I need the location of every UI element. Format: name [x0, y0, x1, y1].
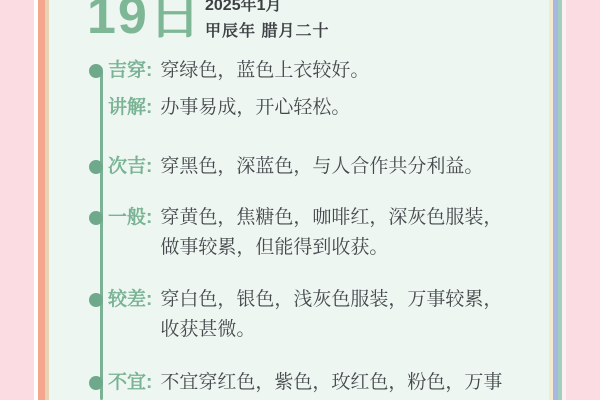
item-label: 吉穿:	[108, 56, 152, 86]
timeline-line	[100, 70, 103, 400]
item-text-line: 做事较累，但能得到收获。	[160, 233, 502, 263]
timeline-item: 较差: 穿白色，银色，浅灰色服装，万事较累，收获甚微。	[108, 285, 541, 345]
timeline-item: 讲解: 办事易成，开心轻松。	[108, 93, 541, 123]
day-number: 19日	[87, 0, 203, 42]
timeline-item: 不宜: 不宜穿红色，紫色，玫红色，粉色，万事	[108, 368, 541, 398]
item-text: 穿绿色，蓝色上衣较好。	[160, 56, 369, 86]
right-pink-border	[566, 0, 600, 400]
almanac-card: 19日 2025年1月 甲辰年 腊月二十 吉穿: 穿绿色，蓝色上衣较好。 讲解:…	[0, 0, 600, 400]
left-salmon-stripe	[38, 0, 45, 400]
left-pink-border	[0, 0, 34, 400]
item-label: 次吉:	[108, 152, 152, 182]
item-label: 讲解:	[108, 93, 152, 123]
item-label: 较差:	[108, 285, 152, 315]
card-content: 19日 2025年1月 甲辰年 腊月二十 吉穿: 穿绿色，蓝色上衣较好。 讲解:…	[49, 0, 549, 400]
item-text-line: 收获甚微。	[160, 315, 502, 345]
item-text: 办事易成，开心轻松。	[160, 93, 350, 123]
lunar-date: 甲辰年 腊月二十	[205, 22, 329, 41]
bullet-dot-icon	[89, 64, 103, 78]
item-label: 一般:	[108, 203, 152, 233]
item-text-line: 穿绿色，蓝色上衣较好。	[160, 56, 369, 86]
item-text-line: 不宜穿红色，紫色，玫红色，粉色，万事	[160, 368, 502, 398]
item-text-line: 穿黄色，焦糖色，咖啡红，深灰色服装，	[160, 203, 502, 233]
item-text: 穿黄色，焦糖色，咖啡红，深灰色服装，做事较累，但能得到收获。	[160, 203, 502, 263]
timeline-item: 吉穿: 穿绿色，蓝色上衣较好。	[108, 56, 541, 86]
gregorian-date: 2025年1月	[205, 0, 329, 15]
date-block: 2025年1月 甲辰年 腊月二十	[205, 0, 329, 41]
item-text-line: 穿白色，银色，浅灰色服装，万事较累，	[160, 285, 502, 315]
bullet-dot-icon	[89, 211, 103, 225]
timeline-item: 次吉: 穿黑色，深蓝色，与人合作共分利益。	[108, 152, 541, 182]
timeline-item: 一般: 穿黄色，焦糖色，咖啡红，深灰色服装，做事较累，但能得到收获。	[108, 203, 541, 263]
item-text-line: 穿黑色，深蓝色，与人合作共分利益。	[160, 152, 483, 182]
bullet-dot-icon	[89, 376, 103, 390]
item-text-line: 办事易成，开心轻松。	[160, 93, 350, 123]
bullet-dot-icon	[89, 160, 103, 174]
bullet-dot-icon	[89, 293, 103, 307]
item-label: 不宜:	[108, 368, 152, 398]
item-text: 穿黑色，深蓝色，与人合作共分利益。	[160, 152, 483, 182]
item-text: 不宜穿红色，紫色，玫红色，粉色，万事	[160, 368, 502, 398]
item-text: 穿白色，银色，浅灰色服装，万事较累，收获甚微。	[160, 285, 502, 345]
